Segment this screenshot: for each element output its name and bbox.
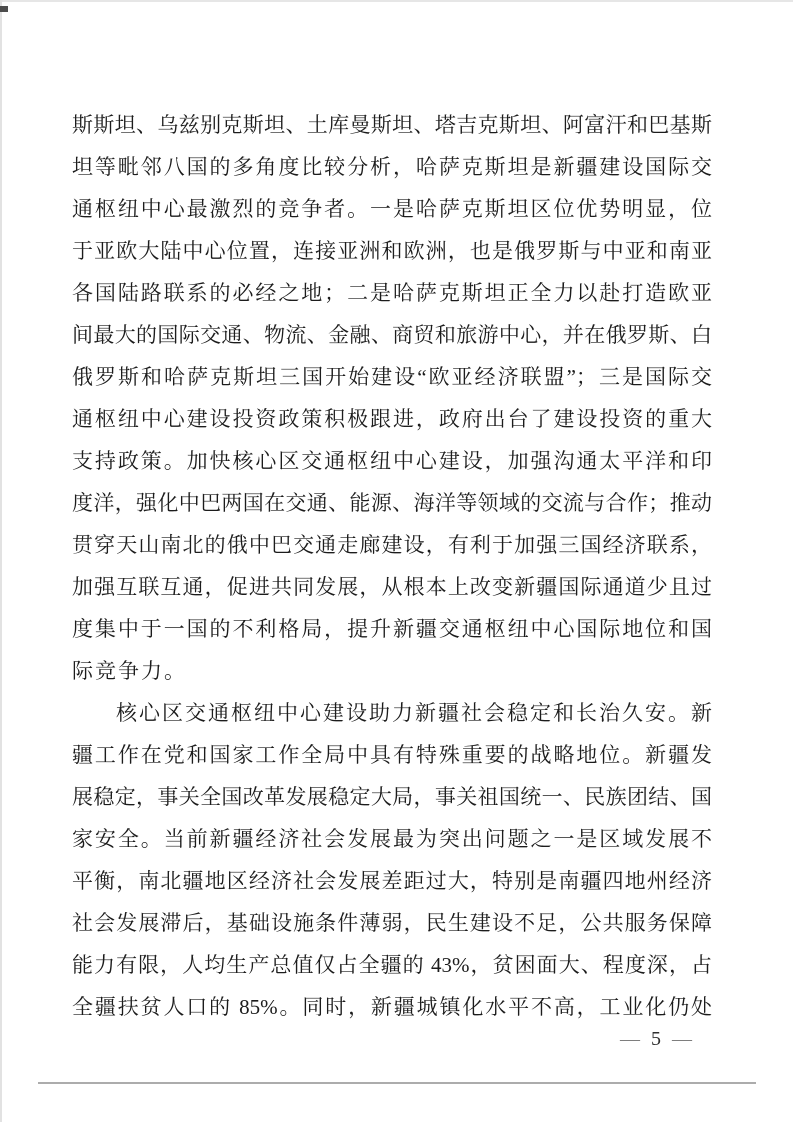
text-line: 平衡，南北疆地区经济社会发展差距过大，特别是南疆四地州经济 xyxy=(72,860,712,902)
text-line: 社会发展滞后，基础设施条件薄弱，民生建设不足，公共服务保障 xyxy=(72,902,712,944)
text-line: 疆工作在党和国家工作全局中具有特殊重要的战略地位。新疆发 xyxy=(72,734,712,776)
text-line: 通枢纽中心最激烈的竞争者。一是哈萨克斯坦区位优势明显，位 xyxy=(72,188,712,230)
page-number: —5— xyxy=(620,1026,693,1052)
text-line-paragraph-end: 际竞争力。 xyxy=(72,650,712,692)
page-number-dash-left: — xyxy=(620,1028,641,1050)
text-line: 支持政策。加快核心区交通枢纽中心建设，加强沟通太平洋和印 xyxy=(72,440,712,482)
body-text: 斯斯坦、乌兹别克斯坦、土库曼斯坦、塔吉克斯坦、阿富汗和巴基斯 坦等毗邻八国的多角… xyxy=(72,104,712,1028)
text-line: 加强互联互通，促进共同发展，从根本上改变新疆国际通道少且过 xyxy=(72,566,712,608)
text-line-paragraph-start: 核心区交通枢纽中心建设助力新疆社会稳定和长治久安。新 xyxy=(72,692,712,734)
page-number-value: 5 xyxy=(651,1028,662,1050)
scan-artifact-corner xyxy=(0,6,8,12)
page-number-dash-right: — xyxy=(672,1028,693,1050)
scan-edge-top xyxy=(0,0,793,2)
text-line: 斯斯坦、乌兹别克斯坦、土库曼斯坦、塔吉克斯坦、阿富汗和巴基斯 xyxy=(72,104,712,146)
text-line: 俄罗斯和哈萨克斯坦三国开始建设“欧亚经济联盟”；三是国际交 xyxy=(72,356,712,398)
text-line: 度洋，强化中巴两国在交通、能源、海洋等领域的交流与合作；推动 xyxy=(72,482,712,524)
scan-edge-left xyxy=(0,0,2,1122)
text-line: 度集中于一国的不利格局，提升新疆交通枢纽中心国际地位和国 xyxy=(72,608,712,650)
text-line: 于亚欧大陆中心位置，连接亚洲和欧洲，也是俄罗斯与中亚和南亚 xyxy=(72,230,712,272)
text-line: 展稳定，事关全国改革发展稳定大局，事关祖国统一、民族团结、国 xyxy=(72,776,712,818)
text-line: 通枢纽中心建设投资政策积极跟进，政府出台了建设投资的重大 xyxy=(72,398,712,440)
text-line: 坦等毗邻八国的多角度比较分析，哈萨克斯坦是新疆建设国际交 xyxy=(72,146,712,188)
text-line: 家安全。当前新疆经济社会发展最为突出问题之一是区域发展不 xyxy=(72,818,712,860)
text-line: 贯穿天山南北的俄中巴交通走廊建设，有利于加强三国经济联系， xyxy=(72,524,712,566)
text-line: 各国陆路联系的必经之地；二是哈萨克斯坦正全力以赴打造欧亚 xyxy=(72,272,712,314)
footer-rule xyxy=(38,1082,756,1084)
text-line: 能力有限，人均生产总值仅占全疆的 43%，贫困面大、程度深，占 xyxy=(72,944,712,986)
document-page: 斯斯坦、乌兹别克斯坦、土库曼斯坦、塔吉克斯坦、阿富汗和巴基斯 坦等毗邻八国的多角… xyxy=(0,0,793,1122)
text-line: 全疆扶贫人口的 85%。同时，新疆城镇化水平不高，工业化仍处 xyxy=(72,986,712,1028)
text-line: 间最大的国际交通、物流、金融、商贸和旅游中心，并在俄罗斯、白 xyxy=(72,314,712,356)
